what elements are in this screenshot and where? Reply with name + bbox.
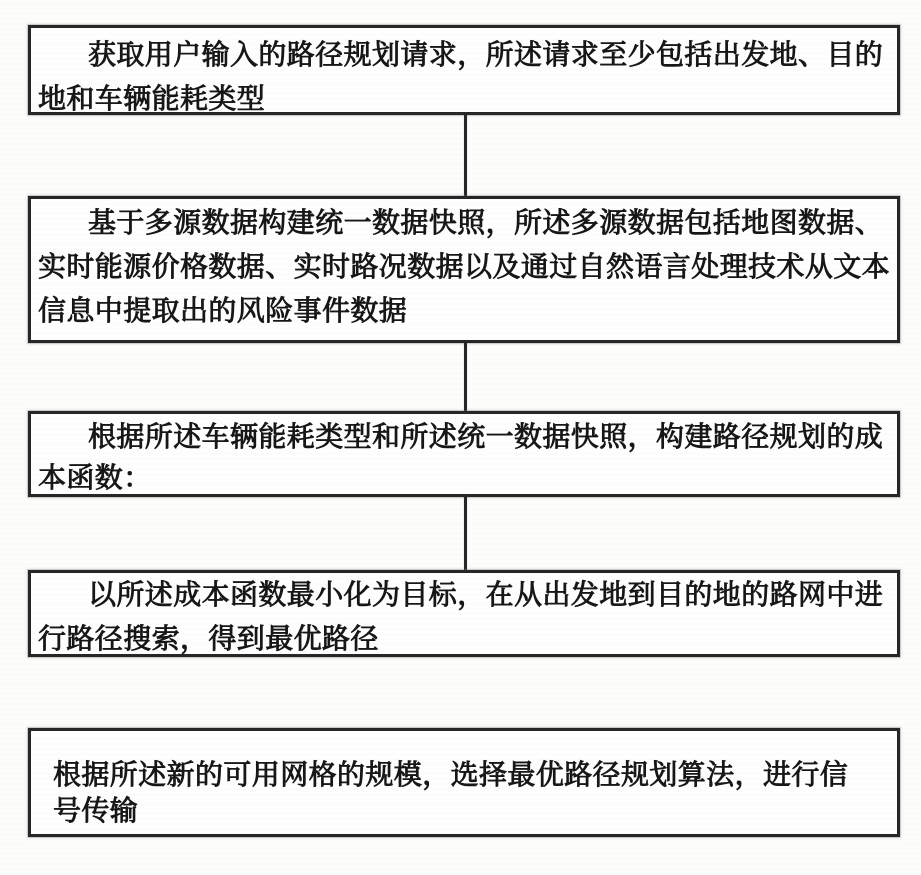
flow-step-2-line-2: 实时能源价格数据、实时路况数据以及通过自然语言处理技术从文本 — [31, 246, 897, 290]
flow-step-box-5: 根据所述新的可用网格的规模，选择最优路径规划算法，进行信 号传输 — [28, 728, 900, 837]
flowchart-canvas: 获取用户输入的路径规划请求，所述请求至少包括出发地、目的 地和车辆能耗类型 基于… — [0, 0, 921, 875]
flow-connector-2 — [464, 341, 467, 413]
flow-step-box-1: 获取用户输入的路径规划请求，所述请求至少包括出发地、目的 地和车辆能耗类型 — [28, 25, 900, 115]
flow-step-3-line-2: 本函数： — [31, 458, 897, 499]
flow-step-1-line-1: 获取用户输入的路径规划请求，所述请求至少包括出发地、目的 — [31, 34, 897, 78]
flow-step-5-line-1: 根据所述新的可用网格的规模，选择最优路径规划算法，进行信 — [31, 758, 897, 794]
flow-step-box-2: 基于多源数据构建统一数据快照，所述多源数据包括地图数据、 实时能源价格数据、实时… — [28, 196, 900, 343]
flow-step-box-4: 以所述成本函数最小化为目标，在从出发地到目的地的路网中进 行路径搜索，得到最优路… — [28, 570, 900, 657]
flow-step-2-line-1: 基于多源数据构建统一数据快照，所述多源数据包括地图数据、 — [31, 202, 897, 246]
flow-step-5-line-2: 号传输 — [31, 794, 897, 830]
flow-step-2-line-3: 信息中提取出的风险事件数据 — [31, 290, 897, 334]
flow-step-box-3: 根据所述车辆能耗类型和所述统一数据快照，构建路径规划的成 本函数： — [28, 411, 900, 497]
flow-step-4-line-2: 行路径搜索，得到最优路径 — [31, 618, 897, 662]
flow-connector-1 — [464, 113, 467, 198]
flow-step-3-line-1: 根据所述车辆能耗类型和所述统一数据快照，构建路径规划的成 — [31, 417, 897, 458]
flow-step-4-line-1: 以所述成本函数最小化为目标，在从出发地到目的地的路网中进 — [31, 574, 897, 618]
flow-connector-3 — [464, 495, 467, 572]
